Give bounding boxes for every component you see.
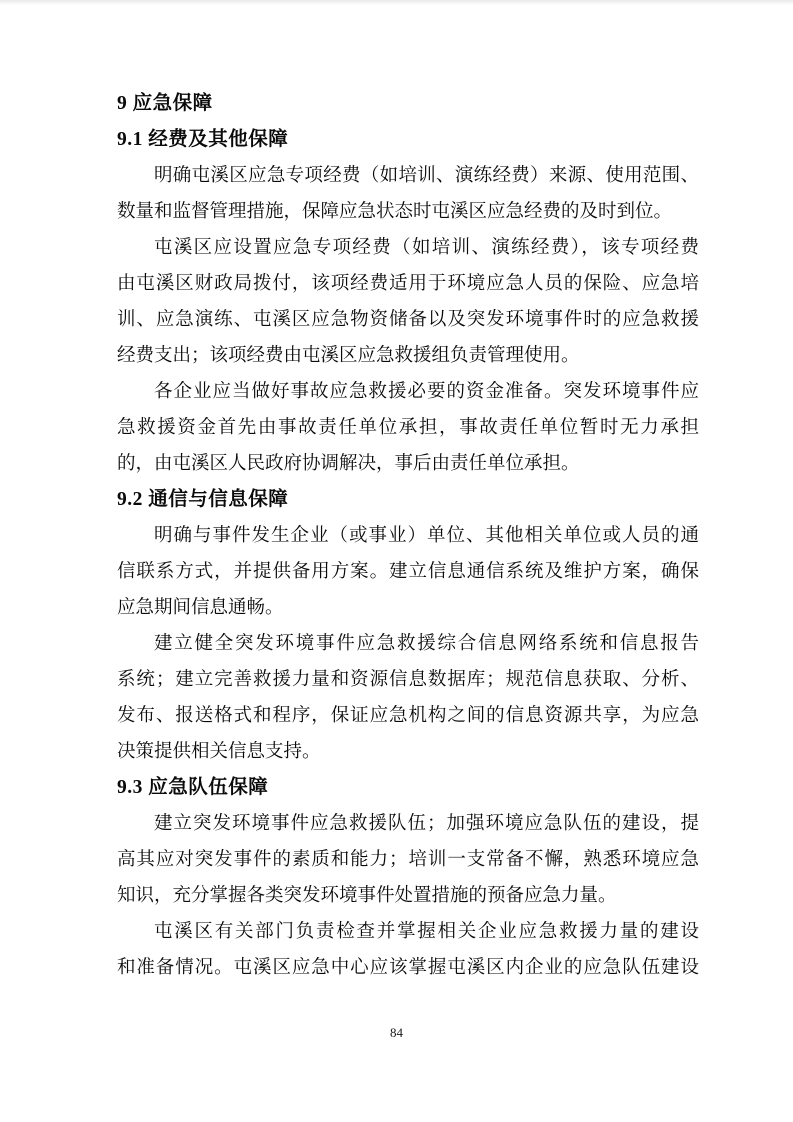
para-funding-3-line-3: 的，由屯溪区人民政府协调解决，事后由责任单位承担。 <box>117 446 699 482</box>
para-comms-2-line-1: 建立健全突发环境事件应急救援综合信息网络系统和信息报告 <box>117 626 699 662</box>
heading-9-1: 9.1 经费及其他保障 <box>117 122 699 158</box>
para-comms-1-line-3: 应急期间信息通畅。 <box>117 590 699 626</box>
para-comms-2-line-4: 决策提供相关信息支持。 <box>117 734 699 770</box>
page-number: 84 <box>390 1025 403 1040</box>
para-team-1-line-1: 建立突发环境事件应急救援队伍；加强环境应急队伍的建设，提 <box>117 806 699 842</box>
para-funding-2-line-4: 经费支出；该项经费由屯溪区应急救援组负责管理使用。 <box>117 338 699 374</box>
document-page: 9 应急保障9.1 经费及其他保障明确屯溪区应急专项经费（如培训、演练经费）来源… <box>0 0 793 1122</box>
para-comms-2-line-3: 发布、报送格式和程序，保证应急机构之间的信息资源共享，为应急 <box>117 698 699 734</box>
para-funding-2-line-3: 训、应急演练、屯溪区应急物资储备以及突发环境事件时的应急救援 <box>117 302 699 338</box>
para-funding-3-line-1: 各企业应当做好事故应急救援必要的资金准备。突发环境事件应 <box>117 374 699 410</box>
heading-9-2: 9.2 通信与信息保障 <box>117 482 699 518</box>
para-team-1-line-2: 高其应对突发事件的素质和能力；培训一支常备不懈，熟悉环境应急 <box>117 842 699 878</box>
para-funding-2-line-1: 屯溪区应设置应急专项经费（如培训、演练经费），该专项经费 <box>117 230 699 266</box>
para-team-2-line-1: 屯溪区有关部门负责检查并掌握相关企业应急救援力量的建设 <box>117 914 699 950</box>
document-body: 9 应急保障9.1 经费及其他保障明确屯溪区应急专项经费（如培训、演练经费）来源… <box>117 86 699 986</box>
para-funding-1-line-1: 明确屯溪区应急专项经费（如培训、演练经费）来源、使用范围、 <box>117 158 699 194</box>
para-comms-1-line-2: 信联系方式，并提供备用方案。建立信息通信系统及维护方案，确保 <box>117 554 699 590</box>
para-funding-3-line-2: 急救援资金首先由事故责任单位承担，事故责任单位暂时无力承担 <box>117 410 699 446</box>
page-footer: 84 <box>0 1024 793 1042</box>
heading-9: 9 应急保障 <box>117 86 699 122</box>
para-funding-2-line-2: 由屯溪区财政局拨付，该项经费适用于环境应急人员的保险、应急培 <box>117 266 699 302</box>
para-team-1-line-3: 知识，充分掌握各类突发环境事件处置措施的预备应急力量。 <box>117 878 699 914</box>
scan-edge-shadow <box>0 0 793 5</box>
para-funding-1-line-2: 数量和监督管理措施，保障应急状态时屯溪区应急经费的及时到位。 <box>117 194 699 230</box>
para-comms-1-line-1: 明确与事件发生企业（或事业）单位、其他相关单位或人员的通 <box>117 518 699 554</box>
para-team-2-line-2: 和准备情况。屯溪区应急中心应该掌握屯溪区内企业的应急队伍建设 <box>117 950 699 986</box>
heading-9-3: 9.3 应急队伍保障 <box>117 770 699 806</box>
para-comms-2-line-2: 系统；建立完善救援力量和资源信息数据库；规范信息获取、分析、 <box>117 662 699 698</box>
